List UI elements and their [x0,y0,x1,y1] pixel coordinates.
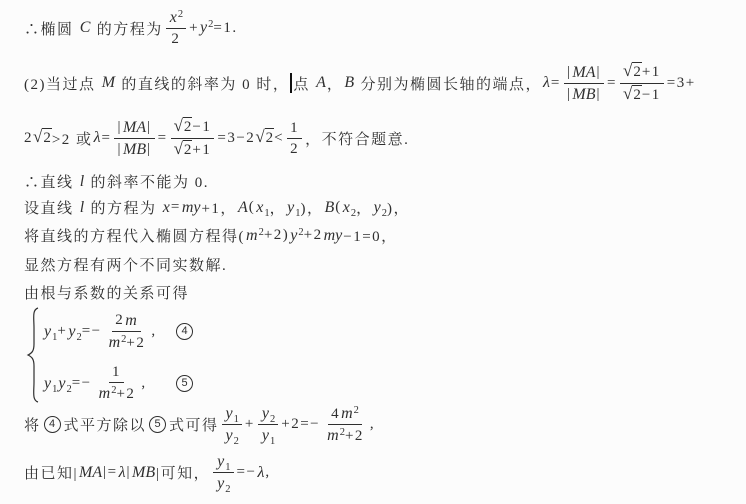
fraction: y1y2 [222,404,242,445]
fraction-denominator: y1 [258,425,278,445]
fraction: √2+1√2−1 [620,62,664,105]
radicand: 2 [42,128,52,148]
math-variable: y [261,427,270,444]
fraction-numerator: 1 [109,363,124,383]
subscript-group: y1 [216,452,230,471]
subscript: 1 [225,462,230,473]
math-variable: MB [131,464,156,482]
subscript: 2 [270,414,275,425]
math-variable: M [101,74,116,92]
slope-cannot-be-zero: ∴直线 l 的斜率不能为 0. [24,171,209,192]
superscript: 2 [111,385,116,396]
superscript-group: m2 [340,404,359,423]
subscript-group: y2 [216,474,230,493]
text-cursor [290,73,292,93]
part2-slope-zero-case: (2)当过点 M 的直线的斜率为 0 时，点 A，B 分别为椭圆长轴的端点，λ=… [24,62,696,105]
radical-icon: √ [623,62,632,81]
text-run: 1 [290,119,299,137]
fraction: √2−1√2+1 [171,117,215,160]
text-run: +1 [642,63,661,81]
math-variable: λ [256,464,265,482]
text-run: 将 [24,414,41,435]
text-run: 设直线 [24,197,79,218]
fraction-denominator: √2−1 [620,84,664,105]
subscript-group: y2 [373,199,387,217]
subscript: 2 [234,436,239,447]
text-run: +2=− [281,416,320,433]
fraction: 12 [287,119,302,158]
text-run: +1 [192,141,211,159]
fraction-denominator: 2 [168,29,183,48]
circled-number-5: 5 [176,375,193,392]
math-variable: my [323,227,344,245]
circled-number-4: 4 [44,416,61,433]
text-run: >2 或 [52,128,93,149]
superscript-group: y2 [289,227,303,245]
superscript-group: m2 [326,426,345,445]
fraction-numerator: √2+1 [620,62,664,84]
text-run: ， [356,197,373,218]
text-run: 的斜率不能为 0. [85,171,209,192]
text-run: 4 [331,405,340,423]
math-variable: y [43,375,52,392]
text-run: +2) [264,227,289,244]
square-root: √2 [174,117,193,137]
fraction: |MA||MB| [114,118,154,159]
ellipse-equation-conclusion: ∴椭圆 C 的方程为x22+y2=1. [24,8,238,48]
radicand: 2 [632,62,642,82]
text-run: (2)当过点 [24,73,101,94]
math-variable: MA [122,118,147,137]
subscript: 1 [270,436,275,447]
fraction-denominator: y2 [213,473,233,493]
superscript: 2 [259,227,264,238]
math-variable: y [225,427,234,444]
math-variable: A [237,199,249,217]
fraction-numerator: 1 [287,119,302,139]
subscript: 2 [382,208,387,219]
fraction-denominator: |MB| [114,139,154,159]
subscript-group: y2 [261,404,275,423]
radical-icon: √ [33,128,42,147]
text-run: 将直线的方程代入椭圆方程得( [24,225,245,246]
fraction-numerator: y2 [258,404,278,425]
text-run: +2 [345,427,364,445]
fraction: y2y1 [258,404,278,445]
subscript-group: y2 [225,426,239,445]
math-variable: x [162,199,171,217]
subscript: 2 [225,484,230,495]
system-equation-row: y1+y2=−2mm2+2,4 [43,309,227,355]
text-run: = [607,75,617,92]
math-variable: m [245,227,259,244]
subscript-group: y1 [261,426,275,445]
text-run: )， [300,197,323,218]
text-run: 的直线的斜率为 0 时， [116,73,289,94]
text-run: ，不符合题意. [305,128,409,149]
subscript: 1 [295,208,300,219]
square-root: √2 [33,128,52,148]
text-run: 式可得 [169,414,219,435]
math-variable: m [124,311,138,330]
text-run: | [147,140,152,158]
fraction-denominator: y2 [222,425,242,445]
subscript-group: y1 [43,323,57,341]
text-run: =− [82,323,102,340]
math-variable: MB [571,85,596,104]
subscript-group: x2 [342,199,356,217]
text-run: | [147,118,152,136]
fraction-numerator: √2−1 [171,117,215,139]
fraction-numerator: 2m [112,311,141,332]
fraction-denominator: |MB| [564,84,604,104]
text-run: = [102,130,112,147]
text-run: =− [72,375,92,392]
text-run: = [551,75,561,92]
text-run: 的方程为 [91,18,162,39]
math-variable: m [326,427,340,444]
text-run: 的方程为 [85,197,162,218]
superscript: 2 [178,9,183,20]
text-run: ， [270,197,287,218]
fraction: x22 [166,8,186,48]
subscript-group: y1 [225,404,239,423]
math-variable: x [169,9,178,26]
math-variable: C [79,19,92,37]
text-run: 2 [171,30,180,48]
text-run: | [596,85,601,103]
fraction-numerator: y1 [222,404,242,425]
text-run: | [596,63,601,81]
subscript-group: y2 [67,323,81,341]
text-run: |可知， [156,462,210,483]
system-brace-icon [26,306,40,409]
radicand: 2 [265,128,275,148]
math-variable: y [261,405,270,422]
superscript: 2 [208,19,213,30]
subscript: 1 [264,208,269,219]
superscript: 2 [121,334,126,345]
text-run: −1 [642,86,661,104]
text-run: +2 [304,227,323,244]
text-run: +2 [116,385,135,403]
math-variable: MB [122,140,147,159]
square-root: √2 [623,62,642,82]
text-run: = [158,130,168,147]
text-run: =3−2 [217,130,255,147]
math-variable: y [286,199,295,216]
math-variable: y [199,19,208,36]
fraction: |MA||MB| [564,63,604,104]
text-run: , [370,416,375,433]
text-run: =− [237,464,257,481]
fraction-denominator: 2 [287,139,302,158]
square-root: √2 [623,85,642,105]
superscript: 2 [340,427,345,438]
math-variable: m [340,405,354,422]
fraction-numerator: y1 [213,452,233,473]
superscript-group: x2 [169,8,183,27]
text-run: 由根与系数的关系可得 [24,282,189,303]
fraction-numerator: |MA| [114,118,154,139]
radicand: 2 [183,140,193,160]
math-variable: B [343,74,355,92]
text-run: 点 [293,73,315,94]
line-equation-setup: 设直线 l 的方程为 x=my+1，A(x1，y1)，B(x2，y2)， [24,197,410,218]
subscript: 2 [351,208,356,219]
text-run: 显然方程有两个不同实数解. [24,254,227,275]
subscript-group: y1 [43,375,57,393]
circled-number-5: 5 [149,416,166,433]
text-run: +2 [126,334,145,352]
math-variable: y [43,323,52,340]
subscript-group: y2 [57,375,71,393]
text-run: |= [103,464,117,481]
square-root: √2 [174,140,193,160]
text-run: = [171,199,181,216]
math-variable: m [98,385,112,402]
text-run: 2 [115,311,124,329]
fraction-denominator: m2+2 [95,383,139,403]
superscript: 2 [298,227,303,238]
superscript: 2 [354,405,359,416]
ratio-equals-neg-lambda: 由已知|MA|=λ|MB|可知，y1y2=−λ, [24,452,271,493]
radicand: 2 [183,117,193,137]
subscript: 1 [52,332,57,343]
text-run: + [189,20,199,37]
text-run: 由已知| [24,462,78,483]
superscript-group: y2 [199,19,213,37]
fraction: 1m2+2 [95,363,139,403]
substitute-into-ellipse: 将直线的方程代入椭圆方程得(m2+2)y2+2my−1=0， [24,225,398,246]
math-variable: my [181,199,202,217]
text-run: )， [387,197,410,218]
text-run: =1. [213,20,237,37]
text-run: < [274,130,284,147]
math-variable: λ [542,74,551,92]
circled-number-4: 4 [176,323,193,340]
radicand: 2 [632,85,642,105]
lambda-not-valid-case: 2√2>2 或λ=|MA||MB|=√2−1√2+1=3−2√2<12，不符合题… [24,117,409,160]
math-variable: y [373,199,382,216]
math-variable: MA [78,464,103,482]
fraction-numerator: |MA| [564,63,604,84]
system-equation-row: y1y2=−1m2+2,5 [43,361,227,407]
equation-system: y1+y2=−2mm2+2,4y1y2=−1m2+2,5 [26,306,227,409]
fraction-denominator: √2+1 [171,139,215,160]
superscript-group: m2 [245,227,264,245]
vieta-intro: 由根与系数的关系可得 [24,282,189,303]
text-run: + [57,323,67,340]
text-run: −1=0， [343,225,397,246]
text-run: , [141,375,146,392]
fraction-denominator: m2+2 [105,332,149,352]
text-run: 1 [112,363,121,381]
text-run: ∴椭圆 [24,18,79,39]
math-variable: MA [571,63,596,82]
text-run: ∴直线 [24,171,79,192]
subscript-group: y1 [286,199,300,217]
system-rows: y1+y2=−2mm2+2,4y1y2=−1m2+2,5 [43,309,227,407]
text-run: −1 [192,118,211,136]
text-run: + [245,416,255,433]
text-run: 分别为椭圆长轴的端点， [355,73,542,94]
subscript-group: x1 [255,199,269,217]
fraction-denominator: m2+2 [323,425,367,445]
vieta-system: y1+y2=−2mm2+2,4y1y2=−1m2+2,5 [26,306,227,409]
math-variable: y [225,405,234,422]
radical-icon: √ [623,85,632,104]
radical-icon: √ [174,117,183,136]
superscript-group: m2 [108,333,127,352]
fraction: y1y2 [213,452,233,493]
math-variable: λ [118,464,127,482]
text-run: ， [327,73,344,94]
fraction: 4m2m2+2 [323,404,367,445]
radical-icon: √ [255,128,264,147]
superscript-group: m2 [98,384,117,403]
fraction: 2mm2+2 [105,311,149,352]
text-run: 式平方除以 [64,414,147,435]
square-root: √2 [255,128,274,148]
subscript: 1 [234,414,239,425]
math-variable: x [255,199,264,216]
document-canvas[interactable]: ∴椭圆 C 的方程为x22+y2=1.(2)当过点 M 的直线的斜率为 0 时，… [0,0,746,504]
radical-icon: √ [174,140,183,159]
math-variable: A [315,74,327,92]
subscript: 2 [76,332,81,343]
square-divide-step: 将4式平方除以5式可得y1y2+y2y1+2=−4m2m2+2, [24,404,375,445]
text-run: +1， [201,197,236,218]
fraction-numerator: 4m2 [328,404,362,425]
math-variable: λ [93,129,102,147]
fraction-numerator: x2 [166,8,186,29]
math-variable: y [216,475,225,492]
subscript: 2 [66,384,71,395]
math-variable: m [108,334,122,351]
text-run: , [151,323,156,340]
math-variable: B [323,199,335,217]
math-variable: y [216,453,225,470]
text-run: , [265,464,270,481]
subscript: 1 [52,384,57,395]
text-run: 2 [290,140,299,158]
text-run: =3+ [667,75,696,92]
math-variable: x [342,199,351,216]
text-run: 2 [24,130,33,147]
two-distinct-real-solutions: 显然方程有两个不同实数解. [24,254,227,275]
